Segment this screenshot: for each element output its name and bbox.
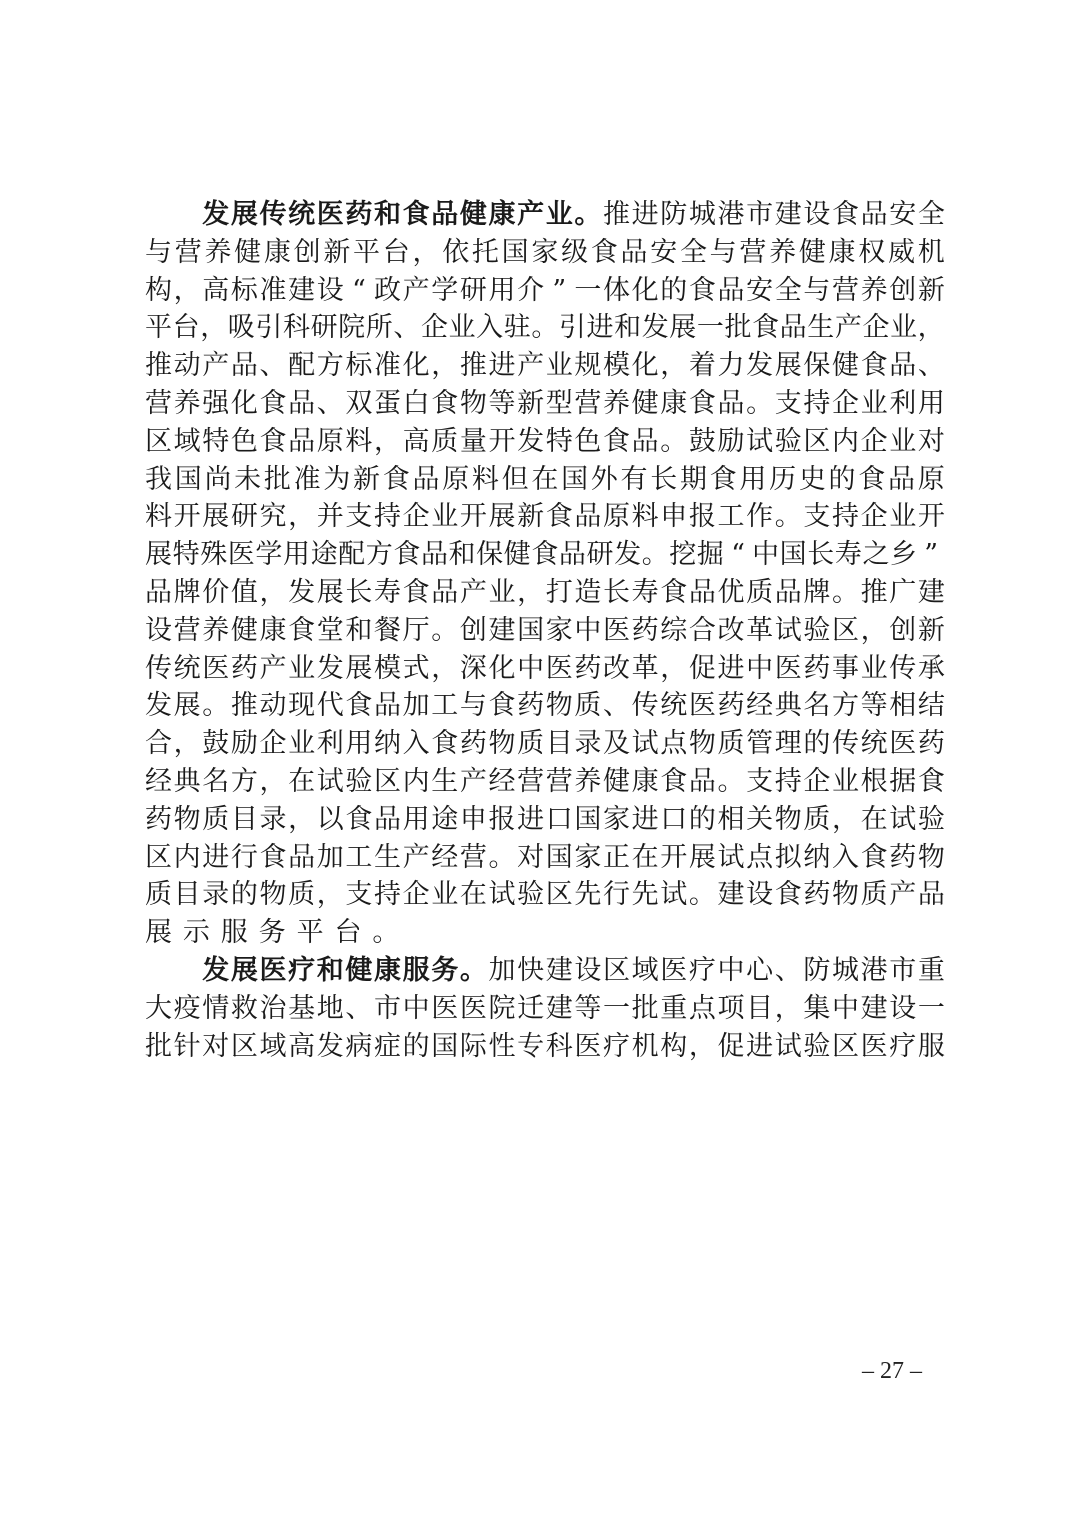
page-number: – 27 – <box>862 1358 922 1385</box>
paragraph: 发展传统医药和食品健康产业。推进防城港市建设食品安全与营养健康创新平台，依托国家… <box>145 196 945 952</box>
document-page: 发展传统医药和食品健康产业。推进防城港市建设食品安全与营养健康创新平台，依托国家… <box>0 0 1074 1520</box>
body-text: 发展传统医药和食品健康产业。推进防城港市建设食品安全与营养健康创新平台，依托国家… <box>145 196 945 1065</box>
text-line: 合，鼓励企业利用纳入食药物质目录及试点物质管理的传统医药 <box>145 725 945 763</box>
text-line: 区内进行食品加工生产经营。对国家正在开展试点拟纳入食药物 <box>145 839 945 877</box>
text-line: 平台，吸引科研院所、企业入驻。引进和发展一批食品生产企业， <box>145 309 945 347</box>
text-line: 推动产品、配方标准化，推进产业规模化，着力发展保健食品、 <box>145 347 945 385</box>
text-line: 大疫情救治基地、市中医医院迁建等一批重点项目，集中建设一 <box>145 990 945 1028</box>
paragraph: 发展医疗和健康服务。加快建设区域医疗中心、防城港市重大疫情救治基地、市中医医院迁… <box>145 952 945 1065</box>
text-line: 质目录的物质，支持企业在试验区先行先试。建设食药物质产品 <box>145 876 945 914</box>
text-line: 经典名方，在试验区内生产经营营养健康食品。支持企业根据食 <box>145 763 945 801</box>
text-line: 设营养健康食堂和餐厅。创建国家中医药综合改革试验区，创新 <box>145 612 945 650</box>
text-line: 批针对区域高发病症的国际性专科医疗机构，促进试验区医疗服 <box>145 1028 945 1066</box>
text-line: 发展传统医药和食品健康产业。推进防城港市建设食品安全 <box>145 196 945 234</box>
text-line: 展特殊医学用途配方食品和保健食品研发。挖掘“中国长寿之乡” <box>145 536 945 574</box>
text-line: 传统医药产业发展模式，深化中医药改革，促进中医药事业传承 <box>145 650 945 688</box>
text-line: 料开展研究，并支持企业开展新食品原料申报工作。支持企业开 <box>145 498 945 536</box>
text-line: 药物质目录，以食品用途申报进口国家进口的相关物质，在试验 <box>145 801 945 839</box>
text-line: 构，高标准建设“政产学研用介”一体化的食品安全与营养创新 <box>145 272 945 310</box>
text-line: 区域特色食品原料，高质量开发特色食品。鼓励试验区内企业对 <box>145 423 945 461</box>
text-line: 发展。推动现代食品加工与食药物质、传统医药经典名方等相结 <box>145 687 945 725</box>
text-line: 品牌价值，发展长寿食品产业，打造长寿食品优质品牌。推广建 <box>145 574 945 612</box>
text-line: 与营养健康创新平台，依托国家级食品安全与营养健康权威机 <box>145 234 945 272</box>
text-line: 展示服务平台。 <box>145 914 945 952</box>
text-line: 我国尚未批准为新食品原料但在国外有长期食用历史的食品原 <box>145 461 945 499</box>
text-line: 发展医疗和健康服务。加快建设区域医疗中心、防城港市重 <box>145 952 945 990</box>
text-line: 营养强化食品、双蛋白食物等新型营养健康食品。支持企业利用 <box>145 385 945 423</box>
